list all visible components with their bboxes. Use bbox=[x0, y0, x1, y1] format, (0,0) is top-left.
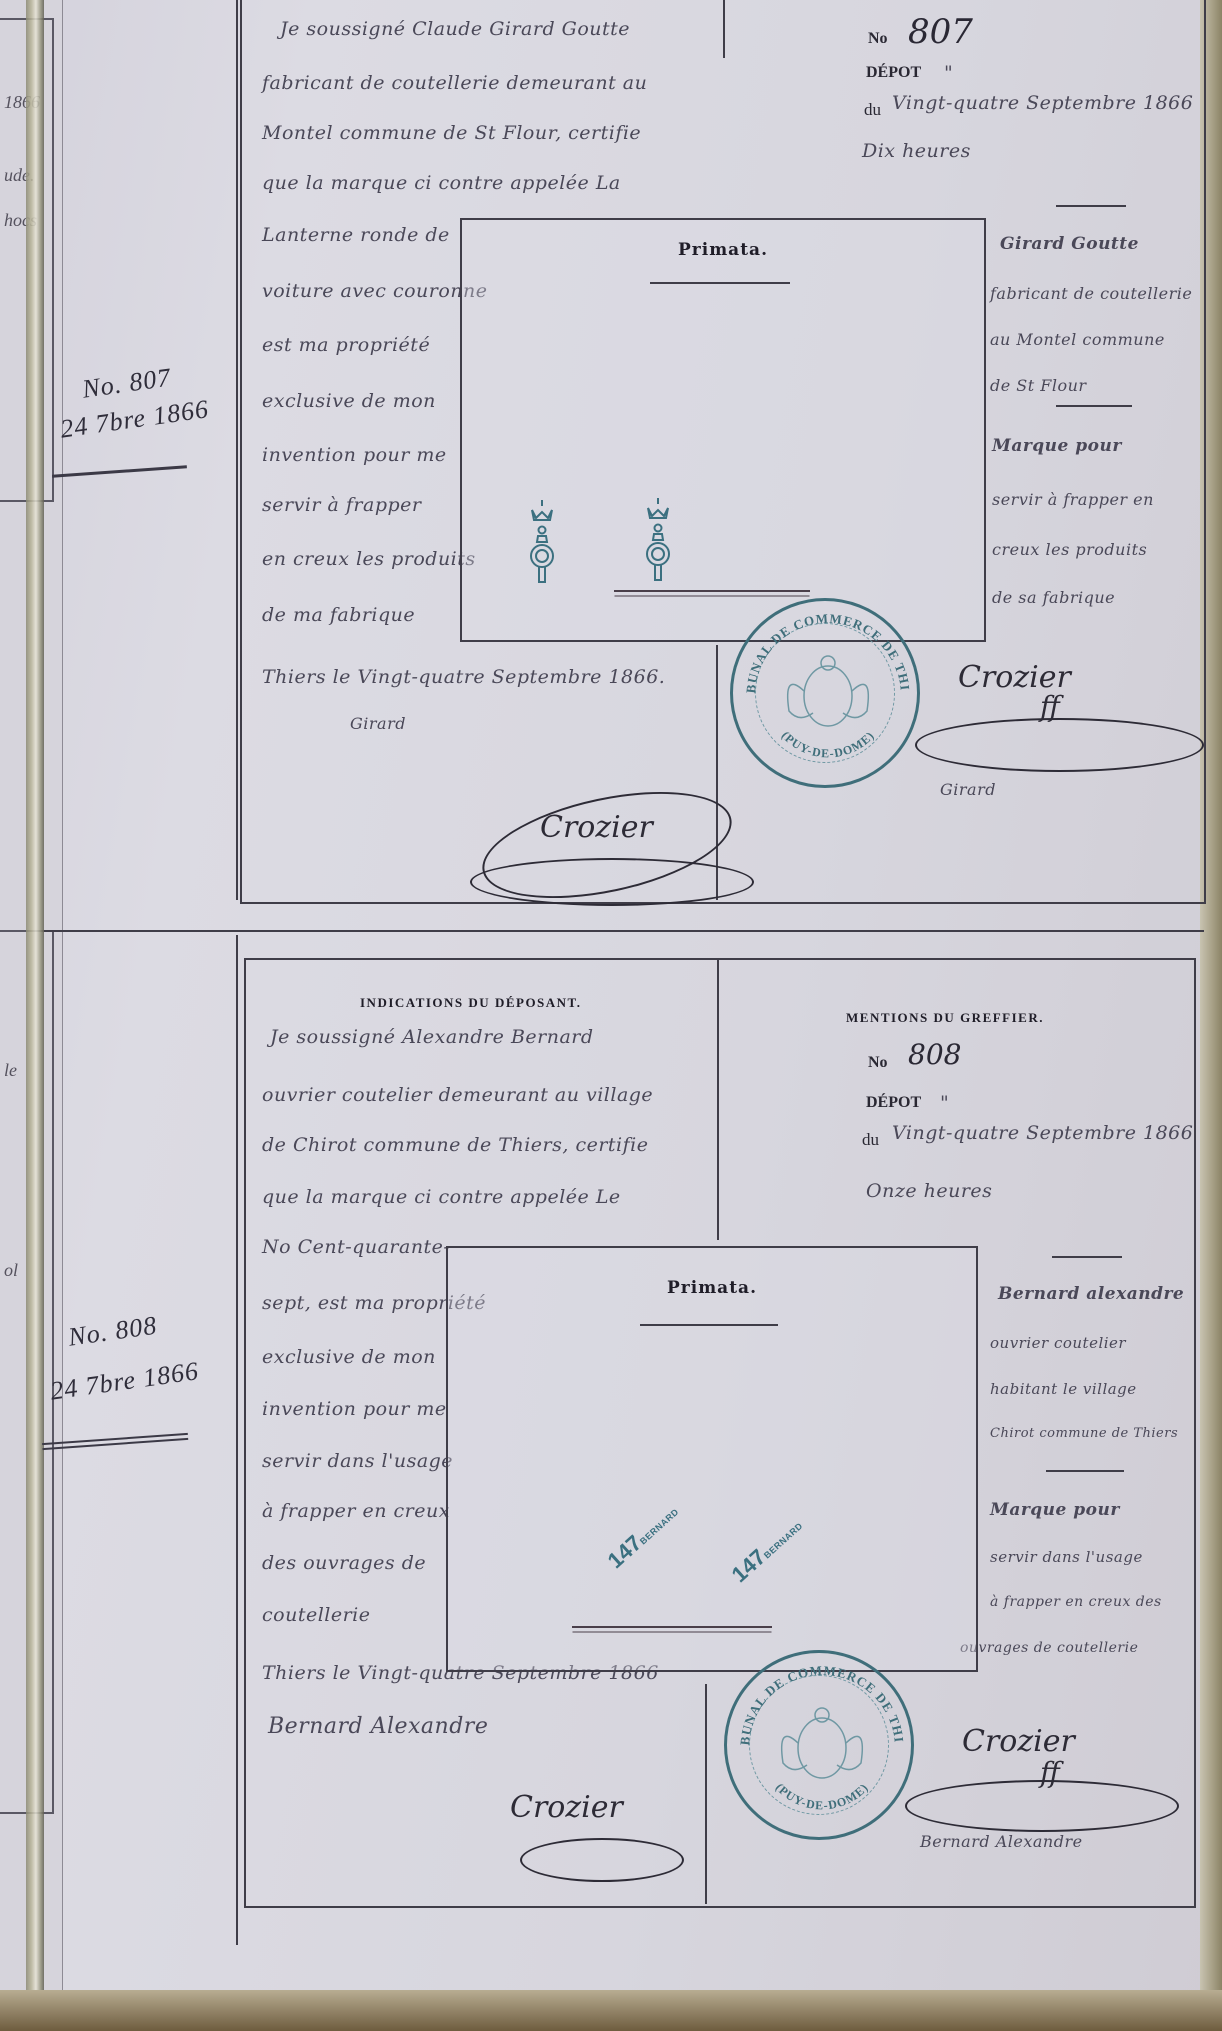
previous-page-fragment: le bbox=[4, 1060, 17, 1081]
ditto-mark: " bbox=[944, 62, 953, 84]
entry-divider bbox=[44, 930, 1204, 932]
declaration-line: fabricant de coutellerie demeurant au bbox=[262, 72, 647, 94]
mark-stamp-147-bernard: 147BERNARD bbox=[603, 1498, 684, 1574]
deposit-number: 808 bbox=[908, 1038, 961, 1071]
signature-flourish bbox=[915, 718, 1204, 772]
section-rule bbox=[1056, 205, 1126, 207]
lantern-crown-mark-icon bbox=[522, 498, 562, 588]
mark-specimen-box: Primata. 147BERNARD 147BERNARD bbox=[446, 1246, 978, 1672]
mark-purpose-line: ouvrages de coutellerie bbox=[960, 1640, 1138, 1656]
lantern-crown-mark-icon bbox=[638, 496, 678, 586]
declaration-line: invention pour me bbox=[262, 1398, 447, 1420]
mark-base-rule bbox=[614, 590, 810, 592]
depositor-signature: Bernard Alexandre bbox=[268, 1714, 488, 1739]
depositor-signature: Girard bbox=[350, 714, 406, 733]
mark-stamp-147-bernard: 147BERNARD bbox=[727, 1512, 808, 1588]
declaration-line: en creux les produits bbox=[262, 548, 476, 570]
mark-purpose-line: à frapper en creux des bbox=[990, 1594, 1162, 1610]
depositor-summary-line: Bernard alexandre bbox=[998, 1284, 1184, 1304]
declaration-line: de Chirot commune de Thiers, certifie bbox=[262, 1134, 649, 1156]
number-label: No bbox=[868, 30, 888, 48]
eagle-emblem-icon: TRIBUNAL DE COMMERCE DE THIERS (PUY-DE-D… bbox=[727, 1653, 917, 1843]
tribunal-seal: TRIBUNAL DE COMMERCE DE THIERS (PUY-DE-D… bbox=[724, 1650, 914, 1840]
column-divider bbox=[717, 960, 719, 1240]
mark-purpose-line: Marque pour bbox=[992, 436, 1122, 456]
margin-underline bbox=[52, 465, 187, 477]
deposit-time: Onze heures bbox=[866, 1180, 992, 1202]
mark-purpose-line: Marque pour bbox=[990, 1500, 1120, 1520]
declaration-line: de ma fabrique bbox=[262, 604, 415, 626]
depositor-summary-line: habitant le village bbox=[990, 1380, 1137, 1398]
tribunal-seal: TRIBUNAL DE COMMERCE DE THIERS (PUY-DE-D… bbox=[730, 598, 920, 788]
declaration-line: Montel commune de St Flour, certifie bbox=[262, 122, 641, 144]
depositor-summary-line: Girard Goutte bbox=[1000, 234, 1139, 254]
mark-purpose-line: servir à frapper en bbox=[992, 490, 1154, 509]
du-label: du bbox=[864, 100, 881, 120]
declaration-line: coutellerie bbox=[262, 1604, 371, 1626]
declaration-line: que la marque ci contre appelée La bbox=[262, 172, 621, 194]
signature-flourish bbox=[470, 858, 754, 906]
margin-rule bbox=[236, 935, 238, 1945]
declaration-line: exclusive de mon bbox=[262, 390, 436, 412]
declaration-line: Je soussigné Alexandre Bernard bbox=[270, 1026, 594, 1048]
declaration-line: est ma propriété bbox=[262, 334, 430, 356]
mark-title: Primata. bbox=[448, 1278, 976, 1298]
deposit-time: Dix heures bbox=[862, 140, 971, 162]
mark-purpose-line: creux les produits bbox=[992, 540, 1147, 559]
declaration-place-date: Thiers le Vingt-quatre Septembre 1866. bbox=[262, 666, 665, 688]
deposit-date: Vingt-quatre Septembre 1866 bbox=[892, 1122, 1193, 1144]
svg-text:(PUY-DE-DOME): (PUY-DE-DOME) bbox=[773, 1780, 872, 1812]
mark-specimen-box: Primata. bbox=[460, 218, 986, 642]
du-label: du bbox=[862, 1130, 879, 1150]
depositor-summary-line: fabricant de coutellerie bbox=[990, 284, 1192, 303]
declaration-line: que la marque ci contre appelée Le bbox=[262, 1186, 621, 1208]
mark-title-rule bbox=[650, 282, 790, 284]
section-rule bbox=[1046, 1470, 1124, 1472]
eagle-emblem-icon: TRIBUNAL DE COMMERCE DE THIERS (PUY-DE-D… bbox=[733, 601, 923, 791]
deposit-number: 807 bbox=[908, 12, 973, 52]
depot-label: DÉPOT bbox=[866, 1094, 921, 1112]
clerk-column-header: MENTIONS DU GREFFIER. bbox=[846, 1010, 1044, 1026]
mark-purpose-line: servir dans l'usage bbox=[990, 1548, 1143, 1566]
svg-text:(PUY-DE-DOME): (PUY-DE-DOME) bbox=[779, 728, 878, 760]
depositor-summary-line: de St Flour bbox=[990, 376, 1087, 395]
binding-gutter bbox=[26, 0, 44, 2031]
deposit-date: Vingt-quatre Septembre 1866 bbox=[892, 92, 1193, 114]
margin-double-underline bbox=[42, 1433, 188, 1445]
margin-entry-date: 24 7bre 1866 bbox=[48, 1353, 201, 1409]
signature-flourish bbox=[520, 1838, 684, 1882]
section-rule bbox=[1052, 1256, 1122, 1258]
column-divider bbox=[716, 645, 718, 900]
depositor-column-header: INDICATIONS DU DÉPOSANT. bbox=[360, 995, 582, 1011]
margin-rule bbox=[236, 0, 238, 900]
depositor-summary-line: ouvrier coutelier bbox=[990, 1334, 1126, 1352]
signature-flourish bbox=[905, 1780, 1179, 1832]
register-page: 1866 ude. hocs le ol No. 807 24 7bre 186… bbox=[0, 0, 1222, 2031]
column-divider bbox=[723, 0, 725, 58]
declaration-line: Je soussigné Claude Girard Goutte bbox=[280, 18, 630, 40]
mark-base-rule bbox=[572, 1626, 772, 1628]
depositor-countersign: Bernard Alexandre bbox=[920, 1832, 1083, 1851]
declaration-line: Lanterne ronde de bbox=[262, 224, 450, 246]
declaration-line: No Cent-quarante- bbox=[262, 1236, 450, 1258]
column-divider bbox=[705, 1684, 707, 1904]
mark-title: Primata. bbox=[462, 240, 984, 260]
ditto-mark: " bbox=[940, 1092, 949, 1114]
declaration-line: exclusive de mon bbox=[262, 1346, 436, 1368]
svg-text:TRIBUNAL DE COMMERCE DE THIERS: TRIBUNAL DE COMMERCE DE THIERS bbox=[727, 1653, 907, 1746]
declaration-line: invention pour me bbox=[262, 444, 447, 466]
declaration-line: servir dans l'usage bbox=[262, 1450, 453, 1472]
declaration-line: des ouvrages de bbox=[262, 1552, 426, 1574]
greffier-signature: Crozier bbox=[510, 1790, 623, 1825]
depositor-summary-line: Chirot commune de Thiers bbox=[990, 1426, 1178, 1441]
number-label: No bbox=[868, 1054, 888, 1072]
depositor-summary-line: au Montel commune bbox=[990, 330, 1165, 349]
clerk-signature: Crozier bbox=[962, 1724, 1075, 1759]
mark-title-rule bbox=[640, 1324, 778, 1326]
declaration-line: ouvrier coutelier demeurant au village bbox=[262, 1084, 653, 1106]
previous-page-fragment: ol bbox=[4, 1260, 18, 1281]
depot-label: DÉPOT bbox=[866, 64, 921, 82]
declaration-line: à frapper en creux bbox=[262, 1500, 450, 1522]
margin-entry-number: No. 808 bbox=[66, 1308, 159, 1356]
mark-purpose-line: de sa fabrique bbox=[992, 588, 1115, 607]
section-rule bbox=[1056, 405, 1132, 407]
svg-text:TRIBUNAL DE COMMERCE DE THIERS: TRIBUNAL DE COMMERCE DE THIERS bbox=[733, 601, 913, 694]
declaration-line: voiture avec couronne bbox=[262, 280, 488, 302]
depositor-countersign: Girard bbox=[940, 780, 996, 799]
declaration-line: servir à frapper bbox=[262, 494, 421, 516]
book-bottom-edge bbox=[0, 1990, 1222, 2031]
